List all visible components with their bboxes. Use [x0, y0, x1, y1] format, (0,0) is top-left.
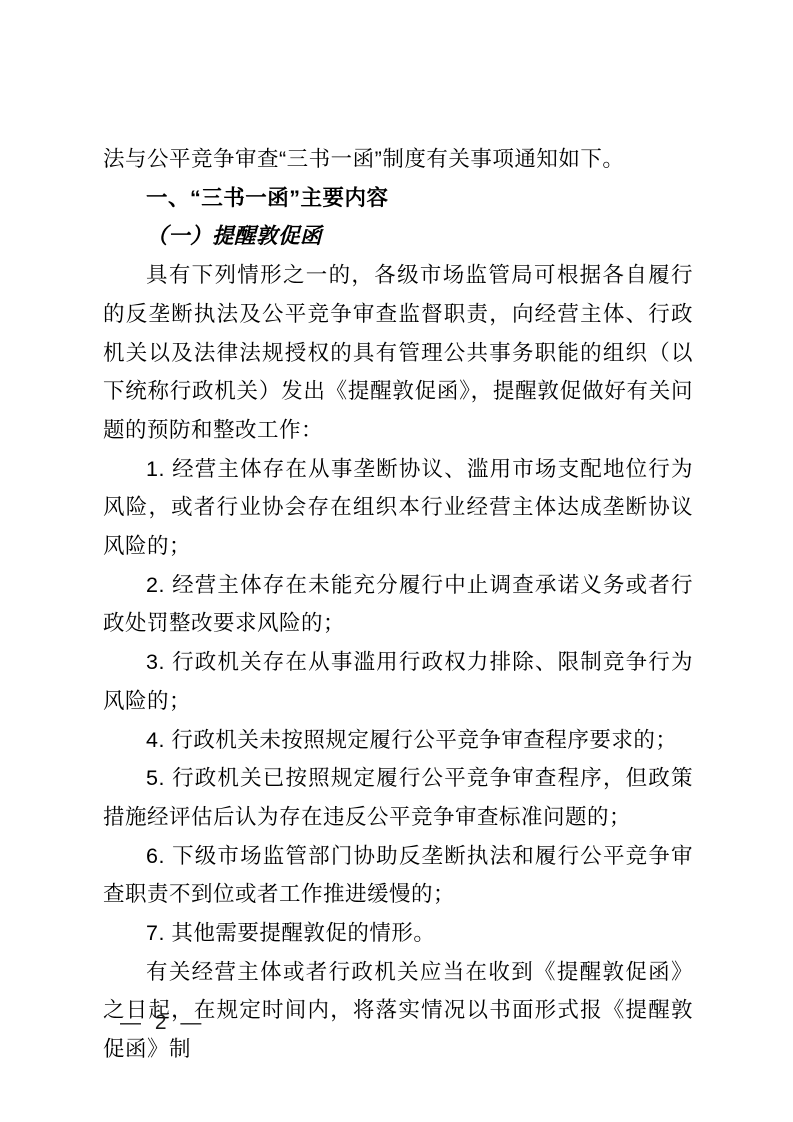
lead-paragraph: 具有下列情形之一的，各级市场监管局可根据各自履行的反垄断执法及公平竞争审查监督职… [103, 256, 693, 450]
list-item-4: 4. 行政机关未按照规定履行公平竞争审查程序要求的； [103, 721, 693, 760]
list-item-5: 5. 行政机关已按照规定履行公平竞争审查程序，但政策措施经评估后认为存在违反公平… [103, 759, 693, 836]
document-body: 法与公平竞争审查“三书一函”制度有关事项通知如下。 一、“三书一函”主要内容 （… [103, 140, 693, 1069]
document-page: 法与公平竞争审查“三书一函”制度有关事项通知如下。 一、“三书一函”主要内容 （… [0, 0, 793, 1122]
list-item-2: 2. 经营主体存在未能充分履行中止调查承诺义务或者行政处罚整改要求风险的； [103, 566, 693, 643]
page-number: — 2 — [120, 1008, 205, 1038]
list-item-1: 1. 经营主体存在从事垄断协议、滥用市场支配地位行为风险，或者行业协会存在组织本… [103, 450, 693, 566]
section-heading: 一、“三书一函”主要内容 [103, 179, 693, 218]
subsection-heading: （一）提醒敦促函 [103, 217, 693, 256]
list-item-6: 6. 下级市场监管部门协助反垄断执法和履行公平竞争审查职责不到位或者工作推进缓慢… [103, 837, 693, 914]
continuation-line: 法与公平竞争审查“三书一函”制度有关事项通知如下。 [103, 140, 693, 179]
list-item-7: 7. 其他需要提醒敦促的情形。 [103, 914, 693, 953]
list-item-3: 3. 行政机关存在从事滥用行政权力排除、限制竞争行为风险的； [103, 643, 693, 720]
